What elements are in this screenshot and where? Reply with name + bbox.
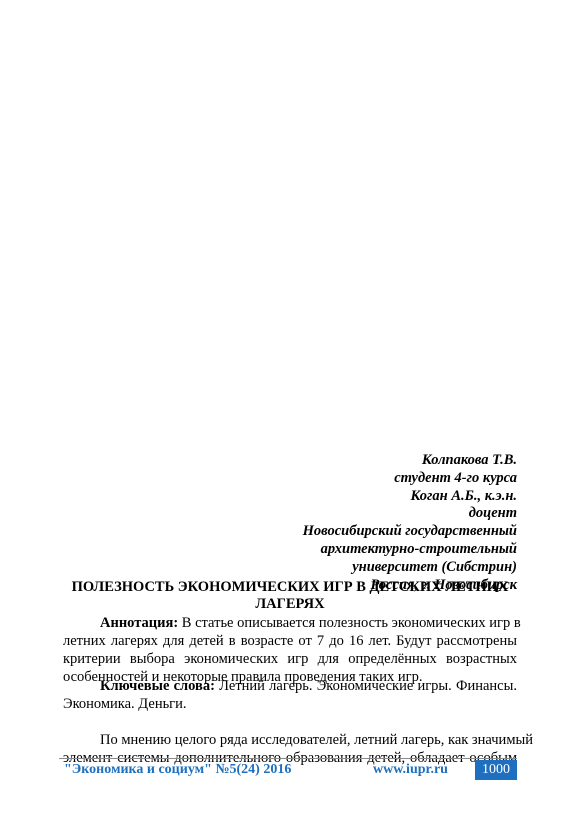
footer-divider	[59, 758, 517, 759]
footer-journal-title: "Экономика и социум" №5(24) 2016	[64, 762, 291, 778]
author-position-2: доцент	[217, 505, 517, 523]
author-position-1: студент 4-го курса	[217, 470, 517, 488]
annotation-line-3: критерии выбора экономических игр для оп…	[63, 650, 517, 668]
affiliation-line-2: архитектурно-строительный	[217, 541, 517, 559]
author-info: Колпакова Т.В. студент 4-го курса Коган …	[217, 452, 517, 594]
title-line-1: ПОЛЕЗНОСТЬ ЭКОНОМИЧЕСКИХ ИГР В ДЕТСКИХ Л…	[63, 579, 517, 596]
keywords: Ключевые слова: Летний лагерь. Экономиче…	[63, 677, 517, 713]
keywords-line-1: Ключевые слова: Летний лагерь. Экономиче…	[63, 677, 517, 695]
affiliation-line-1: Новосибирский государственный	[217, 523, 517, 541]
author-name-1: Колпакова Т.В.	[217, 452, 517, 470]
title-line-2: ЛАГЕРЯХ	[63, 596, 517, 613]
annotation-line-1: Аннотация: В статье описывается полезнос…	[63, 614, 517, 632]
page-number: 1000	[475, 760, 517, 780]
article-title: ПОЛЕЗНОСТЬ ЭКОНОМИЧЕСКИХ ИГР В ДЕТСКИХ Л…	[63, 579, 517, 612]
body-line-1: По мнению целого ряда исследователей, ле…	[63, 731, 517, 749]
annotation-line-2: летних лагерях для детей в возрасте от 7…	[63, 632, 517, 650]
keywords-line-2: Экономика. Деньги.	[63, 695, 517, 713]
keywords-label: Ключевые слова:	[100, 678, 215, 694]
affiliation-line-3: университет (Сибстрин)	[217, 559, 517, 577]
annotation-label: Аннотация:	[100, 615, 178, 631]
annotation: Аннотация: В статье описывается полезнос…	[63, 614, 517, 686]
footer-url[interactable]: www.iupr.ru	[373, 762, 448, 778]
author-name-2: Коган А.Б., к.э.н.	[217, 488, 517, 506]
